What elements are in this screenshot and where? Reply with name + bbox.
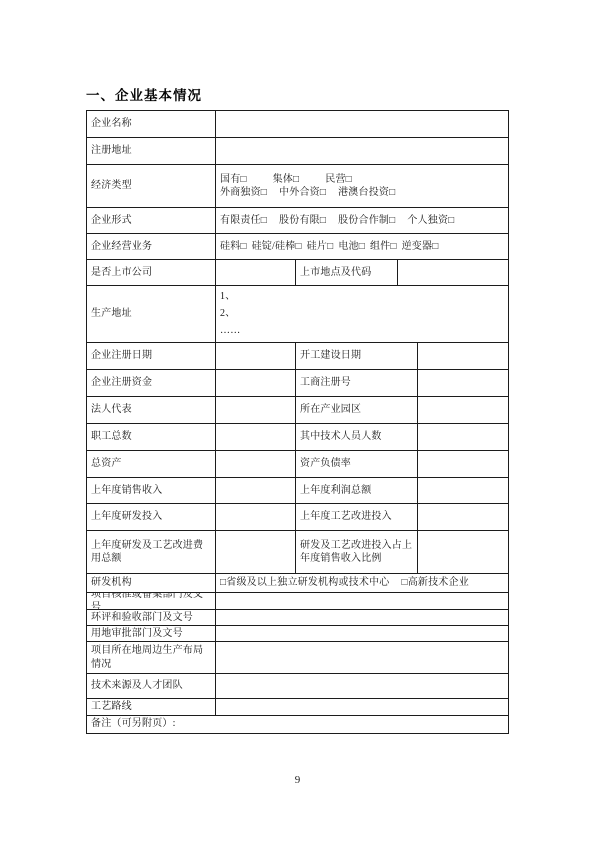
field-label-rd-expense-total: 上年度研发及工艺改进费用总额 (87, 531, 216, 573)
row-project-approval: 项目核准或备案部门及文号 (87, 593, 508, 610)
rd-institution-options: □省级及以上独立研发机构或技术中心 □高新技术企业 (220, 576, 506, 590)
field-label-process-improvement-investment: 上年度工艺改进投入 (296, 504, 418, 530)
row-sales-revenue: 上年度销售收入 上年度利润总额 (87, 478, 508, 504)
checkbox-joint-venture[interactable]: 中外合资□ (279, 186, 326, 200)
field-label-listing-location-code: 上市地点及代码 (296, 260, 398, 285)
field-value-industrial-park[interactable] (418, 397, 508, 423)
field-value-rd-revenue-ratio[interactable] (418, 531, 508, 573)
row-rd-expense-total: 上年度研发及工艺改进费用总额 研发及工艺改进投入占上年度销售收入比例 (87, 531, 508, 574)
field-label-sales-revenue: 上年度销售收入 (87, 478, 216, 503)
field-label-business-scope: 企业经营业务 (87, 234, 216, 259)
checkbox-hightech-enterprise[interactable]: □高新技术企业 (401, 576, 468, 590)
field-label-tech-source: 技术来源及人才团队 (87, 674, 216, 698)
row-registered-address: 注册地址 (87, 138, 508, 165)
field-label-production-address: 生产地址 (87, 286, 216, 342)
field-label-listed-company: 是否上市公司 (87, 260, 216, 285)
field-value-enterprise-name[interactable] (216, 111, 508, 137)
row-surrounding-layout: 项目所在地周边生产布局情况 (87, 642, 508, 674)
production-address-line-1: 1、 (220, 288, 506, 305)
field-value-registered-address[interactable] (216, 138, 508, 164)
field-value-listed-company[interactable] (216, 260, 296, 285)
row-production-address: 生产地址 1、 2、 …… (87, 286, 508, 343)
field-label-employee-count: 职工总数 (87, 424, 216, 450)
field-value-registration-date[interactable] (216, 343, 296, 369)
enterprise-form-options: 有限责任□ 股份有限□ 股份合作制□ 个人独资□ (220, 214, 506, 228)
field-value-enterprise-form: 有限责任□ 股份有限□ 股份合作制□ 个人独资□ (216, 208, 508, 233)
field-value-sales-revenue[interactable] (216, 478, 296, 503)
row-registered-capital: 企业注册资金 工商注册号 (87, 370, 508, 397)
economic-type-options-line2: 外商独资□ 中外合资□ 港澳台投资□ (220, 186, 506, 200)
row-rd-investment: 上年度研发投入 上年度工艺改进投入 (87, 504, 508, 531)
field-value-production-address[interactable]: 1、 2、 …… (216, 286, 508, 342)
checkbox-inverter[interactable]: 逆变器□ (402, 240, 439, 254)
field-label-profit-total: 上年度利润总额 (296, 478, 418, 503)
field-value-process-route[interactable] (216, 699, 508, 715)
checkbox-provincial-rd-center[interactable]: □省级及以上独立研发机构或技术中心 (220, 576, 389, 590)
row-remarks: 备注（可另附页）: (87, 716, 508, 733)
field-label-enterprise-form: 企业形式 (87, 208, 216, 233)
field-label-rd-investment: 上年度研发投入 (87, 504, 216, 530)
row-employee-count: 职工总数 其中技术人员人数 (87, 424, 508, 451)
row-registration-date: 企业注册日期 开工建设日期 (87, 343, 508, 370)
row-listed-company: 是否上市公司 上市地点及代码 (87, 260, 508, 286)
production-address-line-2: 2、 (220, 305, 506, 322)
row-rd-institution: 研发机构 □省级及以上独立研发机构或技术中心 □高新技术企业 (87, 574, 508, 593)
enterprise-info-table: 企业名称 注册地址 经济类型 国有□ 集体□ 民营□ 外商独资□ 中外合资□ 港… (86, 110, 509, 734)
business-scope-options: 硅料□ 硅锭/硅棒□ 硅片□ 电池□ 组件□ 逆变器□ (220, 240, 506, 254)
field-label-construction-start-date: 开工建设日期 (296, 343, 418, 369)
section-title: 一、企业基本情况 (86, 84, 202, 104)
checkbox-sole-proprietorship[interactable]: 个人独资□ (407, 214, 454, 228)
field-label-economic-type: 经济类型 (87, 165, 216, 207)
field-label-legal-representative: 法人代表 (87, 397, 216, 423)
row-eia-acceptance: 环评和验收部门及文号 (87, 610, 508, 626)
field-label-rd-revenue-ratio: 研发及工艺改进投入占上年度销售收入比例 (296, 531, 418, 573)
field-value-employee-count[interactable] (216, 424, 296, 450)
row-enterprise-name: 企业名称 (87, 111, 508, 138)
field-label-rd-institution: 研发机构 (87, 574, 216, 592)
checkbox-hk-macao-taiwan[interactable]: 港澳台投资□ (338, 186, 395, 200)
field-label-total-assets: 总资产 (87, 451, 216, 477)
checkbox-silicon-ingot-rod[interactable]: 硅锭/硅棒□ (252, 240, 302, 254)
checkbox-joint-stock[interactable]: 股份有限□ (279, 214, 326, 228)
field-value-profit-total[interactable] (418, 478, 508, 503)
checkbox-silicon-wafer[interactable]: 硅片□ (307, 240, 334, 254)
field-label-eia-acceptance: 环评和验收部门及文号 (87, 610, 216, 625)
field-label-enterprise-name: 企业名称 (87, 111, 216, 137)
field-label-remarks[interactable]: 备注（可另附页）: (87, 716, 508, 733)
field-value-rd-investment[interactable] (216, 504, 296, 530)
field-value-business-scope: 硅料□ 硅锭/硅棒□ 硅片□ 电池□ 组件□ 逆变器□ (216, 234, 508, 259)
field-label-industrial-park: 所在产业园区 (296, 397, 418, 423)
row-business-scope: 企业经营业务 硅料□ 硅锭/硅棒□ 硅片□ 电池□ 组件□ 逆变器□ (87, 234, 508, 260)
field-value-total-assets[interactable] (216, 451, 296, 477)
document-page: 一、企业基本情况 企业名称 注册地址 经济类型 国有□ 集体□ 民营□ 外商独资… (0, 0, 595, 841)
checkbox-module[interactable]: 组件□ (370, 240, 397, 254)
field-value-technical-staff-count[interactable] (418, 424, 508, 450)
field-value-debt-ratio[interactable] (418, 451, 508, 477)
row-economic-type: 经济类型 国有□ 集体□ 民营□ 外商独资□ 中外合资□ 港澳台投资□ (87, 165, 508, 208)
checkbox-cell[interactable]: 电池□ (338, 240, 365, 254)
field-value-rd-expense-total[interactable] (216, 531, 296, 573)
field-label-technical-staff-count: 其中技术人员人数 (296, 424, 418, 450)
row-tech-source: 技术来源及人才团队 (87, 674, 508, 699)
field-value-construction-start-date[interactable] (418, 343, 508, 369)
production-address-line-more: …… (220, 322, 506, 339)
checkbox-state-owned[interactable]: 国有□ (220, 173, 247, 187)
field-value-land-approval[interactable] (216, 626, 508, 641)
checkbox-stock-cooperative[interactable]: 股份合作制□ (338, 214, 395, 228)
row-total-assets: 总资产 资产负债率 (87, 451, 508, 478)
checkbox-silicon-material[interactable]: 硅料□ (220, 240, 247, 254)
field-label-registered-capital: 企业注册资金 (87, 370, 216, 396)
field-label-registered-address: 注册地址 (87, 138, 216, 164)
field-value-surrounding-layout[interactable] (216, 642, 508, 673)
field-label-business-registration-number: 工商注册号 (296, 370, 418, 396)
field-value-tech-source[interactable] (216, 674, 508, 698)
field-value-eia-acceptance[interactable] (216, 610, 508, 625)
page-number: 9 (0, 774, 595, 786)
field-value-process-improvement-investment[interactable] (418, 504, 508, 530)
field-label-debt-ratio: 资产负债率 (296, 451, 418, 477)
checkbox-limited-liability[interactable]: 有限责任□ (220, 214, 267, 228)
economic-type-options-line1: 国有□ 集体□ 民营□ (220, 173, 506, 187)
field-label-surrounding-layout: 项目所在地周边生产布局情况 (87, 642, 216, 673)
row-land-approval: 用地审批部门及文号 (87, 626, 508, 642)
field-label-project-approval: 项目核准或备案部门及文号 (87, 593, 216, 609)
field-value-economic-type: 国有□ 集体□ 民营□ 外商独资□ 中外合资□ 港澳台投资□ (216, 165, 508, 207)
field-value-project-approval[interactable] (216, 593, 508, 609)
row-legal-representative: 法人代表 所在产业园区 (87, 397, 508, 424)
field-value-legal-representative[interactable] (216, 397, 296, 423)
field-label-land-approval: 用地审批部门及文号 (87, 626, 216, 641)
row-enterprise-form: 企业形式 有限责任□ 股份有限□ 股份合作制□ 个人独资□ (87, 208, 508, 234)
checkbox-foreign-sole[interactable]: 外商独资□ (220, 186, 267, 200)
field-label-process-route: 工艺路线 (87, 699, 216, 715)
checkbox-private[interactable]: 民营□ (325, 173, 352, 187)
field-value-business-registration-number[interactable] (418, 370, 508, 396)
checkbox-collective[interactable]: 集体□ (273, 173, 300, 187)
field-value-registered-capital[interactable] (216, 370, 296, 396)
row-process-route: 工艺路线 (87, 699, 508, 716)
field-value-rd-institution: □省级及以上独立研发机构或技术中心 □高新技术企业 (216, 574, 508, 592)
field-label-registration-date: 企业注册日期 (87, 343, 216, 369)
field-value-listing-location-code[interactable] (398, 260, 508, 285)
